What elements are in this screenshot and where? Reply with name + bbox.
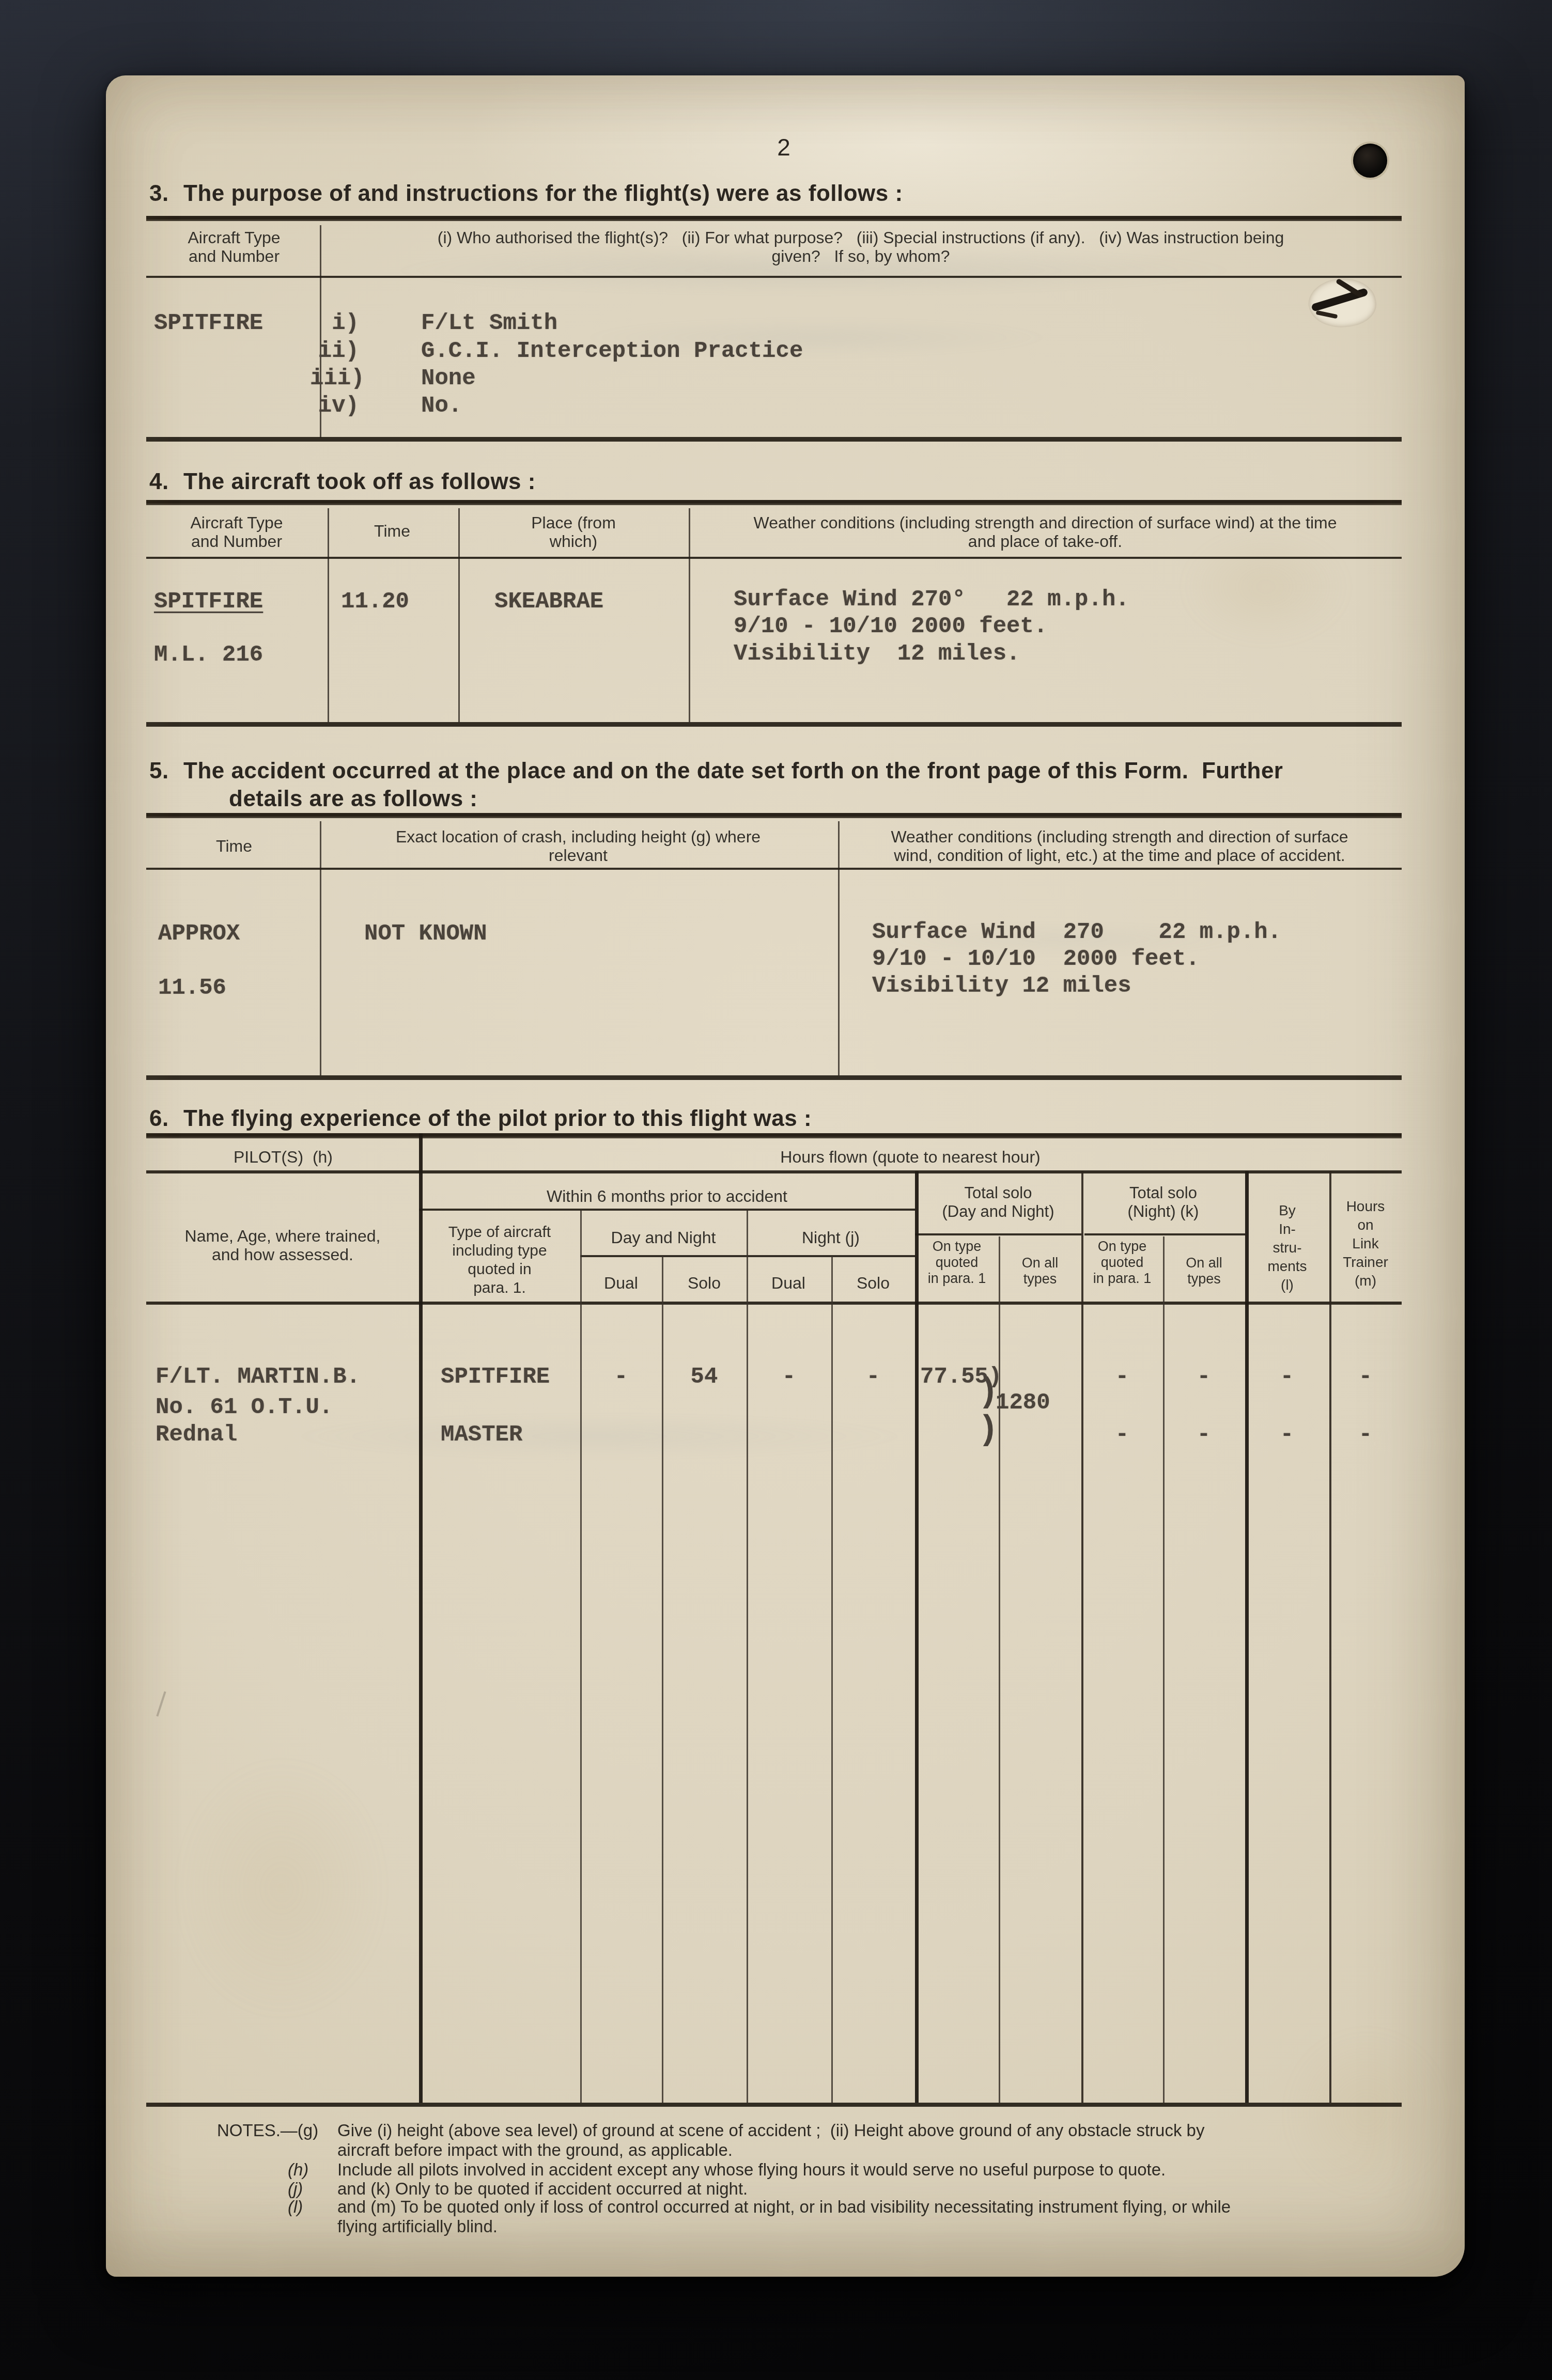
s3-row-value: G.C.I. Interception Practice [421,338,803,364]
s4-aircraft-type: SPITFIRE [154,589,263,615]
s4-col3-header: Place (from which) [462,513,685,551]
s5-weather-line: 9/10 - 10/10 2000 feet. [872,946,1200,972]
s4-time-value: 11.20 [341,589,409,615]
s3-row-label: ii) [310,338,359,364]
hours-night-solo: - [858,1364,889,1390]
notes-text: and (k) Only to be quoted if accident oc… [337,2179,748,2199]
s6-type-header: Type of aircraft including type quoted i… [422,1223,577,1297]
pilot-name-line: F/LT. MARTIN.B. [156,1364,360,1390]
s5-weather-line: Surface Wind 270 22 m.p.h. [872,919,1281,945]
s6-solo-header: Solo [665,1274,743,1292]
column-divider [458,508,460,722]
scan-background: { "page": { "number": "2" }, "colors": {… [0,0,1552,2380]
notes-text: flying artificially blind. [337,2217,498,2236]
table-rule [1084,1233,1245,1235]
notes-marker: (l) [288,2197,303,2217]
column-divider [831,1256,833,2103]
s6-instruments-header: By In- stru- ments (l) [1248,1201,1326,1294]
section-3-number: 3. [149,181,169,207]
table-rule [915,1233,1081,1235]
table-border [146,500,1402,505]
table-border [146,813,1402,818]
s4-weather-line: Visibility 12 miles. [734,641,1020,667]
s4-aircraft-number: M.L. 216 [154,642,263,668]
link-trainer-value: - [1350,1364,1381,1390]
column-divider [1163,1236,1165,2103]
table-rule [146,557,1402,559]
column-divider [580,1211,582,2103]
s3-row-label: i) [310,310,359,336]
s3-row-label: iii) [310,366,359,392]
column-divider [662,1256,663,2103]
s4-weather-line: 9/10 - 10/10 2000 feet. [734,614,1047,639]
column-divider [747,1211,748,2103]
pencil-mark [156,1692,166,1717]
table-border [146,216,1402,221]
s3-row-label: iv) [310,393,359,419]
section-5-title-line2: details are as follows : [229,786,478,812]
s6-solo-header: Solo [834,1274,912,1292]
section-5-number: 5. [149,758,169,784]
s3-row-value: None [421,366,476,392]
section-4-title: The aircraft took off as follows : [183,469,536,495]
s6-night-header: Night (j) [750,1228,912,1247]
column-divider [838,821,840,1075]
notes-marker: (h) [288,2160,308,2180]
s6-on-type-night-header: On type quoted in para. 1 [1084,1239,1160,1287]
s4-col2-header: Time [330,522,454,540]
s6-day-night-header: Day and Night [583,1228,743,1247]
s6-link-trainer-header: Hours on Link Trainer (m) [1332,1197,1399,1290]
pilot-name-line: No. 61 O.T.U. [156,1395,333,1420]
s5-time-line1: APPROX [158,921,240,947]
pilot-name-line: Rednal [156,1422,237,1448]
notes-marker: (j) [288,2179,303,2199]
section-3-title: The purpose of and instructions for the … [183,181,903,207]
night-all-types-value: - [1188,1364,1219,1390]
s6-pilots-header: PILOT(S) (h) [151,1148,415,1166]
table-border [146,1075,1402,1080]
hours-day-solo: 54 [689,1364,720,1390]
table-rule [146,868,1402,870]
bleed-through-smudge [276,1413,922,1460]
s6-on-all-night-header: On all types [1166,1255,1242,1287]
hours-night-dual: - [773,1364,804,1390]
s5-col2-header: Exact location of crash, including heigh… [325,827,831,865]
pilot-aircraft-type: SPITFIRE [441,1364,550,1390]
s5-col3-header: Weather conditions (including strength a… [843,827,1396,865]
column-divider [915,1171,919,2103]
s4-place-value: SKEABRAE [494,589,603,615]
table-border [146,2103,1402,2107]
s3-row-value: No. [421,393,462,419]
notes-text: and (m) To be quoted only if loss of con… [337,2197,1231,2217]
s3-aircraft-value: SPITFIRE [154,310,263,336]
section-6-number: 6. [149,1106,169,1132]
section-4-number: 4. [149,469,169,495]
s6-on-all-day-header: On all types [1002,1255,1078,1287]
notes-text: Include all pilots involved in accident … [337,2160,1166,2180]
table-rule [146,1302,1402,1305]
column-divider [1329,1171,1331,2103]
hole-punch [1353,144,1387,178]
column-divider [1245,1171,1249,2103]
paper-stain [173,1754,390,2023]
column-divider [328,508,329,722]
page-number: 2 [758,133,810,161]
s6-dual-header: Dual [583,1274,659,1292]
document-page: 2 3. The purpose of and instructions for… [106,75,1465,2277]
s5-location-value: NOT KNOWN [364,921,487,947]
link-trainer-value: - [1350,1422,1381,1448]
notes-text: aircraft before impact with the ground, … [337,2140,733,2160]
s4-col1-header: Aircraft Type and Number [151,513,322,551]
s6-hours-flown-header: Hours flown (quote to nearest hour) [424,1148,1396,1166]
s3-col2-header-line2: given? If so, by whom? [325,247,1396,265]
instruments-value: - [1271,1422,1302,1448]
total-solo-all-types: 1280 [996,1390,1050,1416]
s3-col2-header-line1: (i) Who authorised the flight(s)? (ii) F… [325,228,1396,247]
hours-day-dual: - [606,1364,637,1390]
s5-time-line2: 11.56 [158,975,226,1001]
table-rule [146,276,1402,278]
table-border [146,1133,1402,1138]
s4-weather-line: Surface Wind 270° 22 m.p.h. [734,587,1129,613]
column-divider [419,1133,423,2103]
s6-total-solo-night-header: Total solo (Night) (k) [1084,1184,1242,1221]
s3-col1-header: Aircraft Type and Number [151,228,317,265]
s6-within6-header: Within 6 months prior to accident [424,1187,910,1205]
pilot-aircraft-type: MASTER [441,1422,522,1448]
s6-on-type-day-header: On type quoted in para. 1 [918,1239,996,1287]
table-border [146,437,1402,442]
night-on-type-value: - [1107,1364,1138,1390]
table-border [146,722,1402,727]
s3-row-value: F/Lt Smith [421,310,557,336]
s6-name-header: Name, Age, where trained, and how assess… [151,1227,414,1264]
s4-col4-header: Weather conditions (including strength a… [693,513,1398,551]
brace-glyph: ) [978,1411,999,1449]
column-divider [1081,1171,1083,2103]
ink-blot-tear [1305,274,1382,334]
table-rule [146,1170,1402,1173]
s5-weather-line: Visibility 12 miles [872,973,1131,999]
s6-total-solo-day-header: Total solo (Day and Night) [918,1184,1078,1221]
section-6-title: The flying experience of the pilot prior… [183,1106,812,1132]
paper-stain [1284,2028,1449,2198]
night-all-types-value: - [1188,1422,1219,1448]
instruments-value: - [1271,1364,1302,1390]
section-5-title-line1: The accident occurred at the place and o… [183,758,1283,784]
column-divider [689,508,690,722]
notes-text: Give (i) height (above sea level) of gro… [337,2121,1204,2140]
table-rule [419,1209,915,1211]
notes-marker: NOTES.—(g) [217,2121,318,2140]
night-on-type-value: - [1107,1422,1138,1448]
s5-col1-header: Time [151,837,317,855]
column-divider [320,821,321,1075]
s6-dual-header: Dual [750,1274,827,1292]
